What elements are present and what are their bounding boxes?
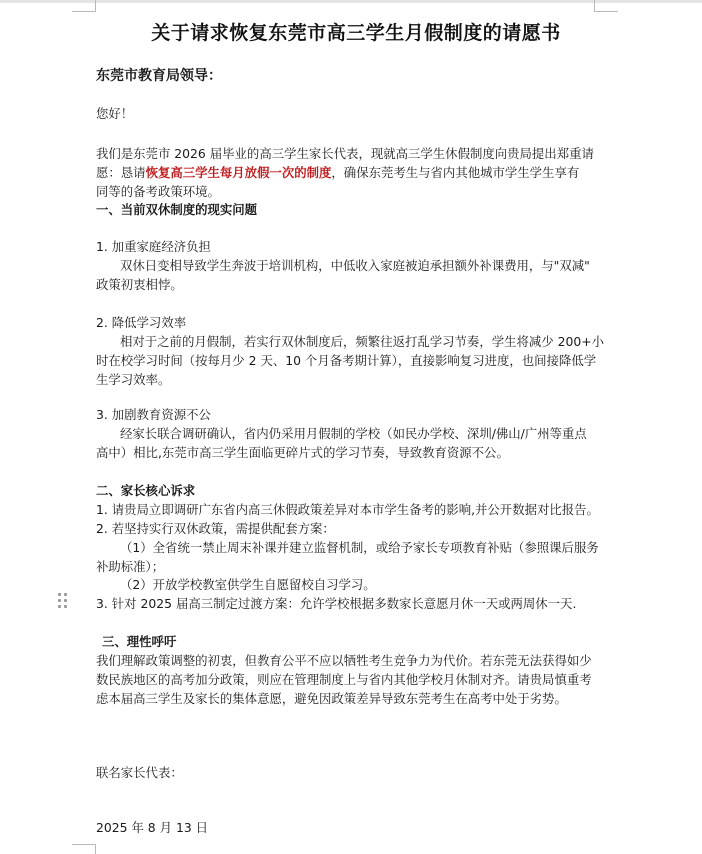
highlighted-request: 恢复高三学生每月放假一次的制度 bbox=[146, 165, 332, 180]
page-margin-corner-bottom-left bbox=[72, 844, 96, 854]
demand-2-sub-2: （2）开放学校教室供学生自愿留校自习学习。 bbox=[96, 575, 376, 595]
intro-line-2-prefix: 愿：恳请 bbox=[96, 165, 146, 180]
issue-2-line-3: 生学习效率。 bbox=[96, 370, 170, 390]
issue-3-line-2: 高中）相比,东莞市高三学生面临更碎片式的学习节奏，导致教育资源不公。 bbox=[96, 443, 509, 463]
section-2-heading: 二、家长核心诉求 bbox=[96, 481, 195, 501]
section-1-heading: 一、当前双休制度的现实问题 bbox=[96, 200, 257, 220]
intro-line-2-suffix: ，确保东莞考生与省内其他城市学生学生享有 bbox=[331, 165, 579, 180]
demand-2-sub-1-cont: 补助标准）； bbox=[96, 557, 164, 577]
issue-2-line-1: 相对于之前的月假制，若实行双休制度后，频繁往返打乱学习节奏，学生将减少 200+… bbox=[96, 332, 604, 352]
document-title: 关于请求恢复东莞市高三学生月假制度的请愿书 bbox=[96, 18, 616, 45]
section-3-heading: 三、理性呼吁 bbox=[96, 632, 176, 652]
greeting: 您好！ bbox=[96, 104, 133, 124]
demand-2: 2. 若坚持实行双休政策，需提供配套方案： bbox=[96, 519, 335, 539]
issue-3-title: 3. 加剧教育资源不公 bbox=[96, 405, 211, 425]
page-margin-corner-top-right bbox=[594, 0, 618, 12]
issue-1-line-2: 政策初衷相悖。 bbox=[96, 275, 183, 295]
signature-label: 联名家长代表： bbox=[96, 763, 183, 783]
appeal-line-1: 我们理解政策调整的初衷，但教育公平不应以牺牲考生竞争力为代价。若东莞无法获得如少 bbox=[96, 651, 592, 671]
issue-2-title: 2. 降低学习效率 bbox=[96, 313, 186, 333]
intro-line-3: 同等的备考政策环境。 bbox=[96, 182, 220, 202]
demand-1: 1. 请贵局立即调研广东省内高三休假政策差异对本市学生备考的影响,并公开数据对比… bbox=[96, 500, 599, 520]
issue-2-line-2: 时在校学习时间（按每月少 2 天、10 个月备考期计算），直接影响复习进度，也间… bbox=[96, 351, 596, 371]
demand-2-sub-1: （1）全省统一禁止周末补课并建立监督机制，或给予家长专项教育补贴（参照课后服务 bbox=[96, 538, 599, 558]
page-margin-corner-top-left bbox=[72, 0, 96, 12]
addressee: 东莞市教育局领导： bbox=[96, 66, 222, 86]
intro-line-1: 我们是东莞市 2026 届毕业的高三学生家长代表，现就高三学生休假制度向贵局提出… bbox=[96, 144, 594, 164]
appeal-line-2: 数民族地区的高考加分政策，则应在管理制度上与省内其他学校月休制对齐。请贵局慎重考 bbox=[96, 670, 592, 690]
intro-line-2: 愿：恳请恢复高三学生每月放假一次的制度，确保东莞考生与省内其他城市学生学生享有 bbox=[96, 163, 579, 183]
issue-3-line-1: 经家长联合调研确认，省内仍采用月假制的学校（如民办学校、深圳/佛山/广州等重点 bbox=[96, 424, 587, 444]
drag-handle-icon[interactable] bbox=[58, 593, 68, 609]
demand-3: 3. 针对 2025 届高三制定过渡方案：允许学校根据多数家长意愿月休一天或两周… bbox=[96, 594, 576, 614]
issue-1-title: 1. 加重家庭经济负担 bbox=[96, 237, 211, 257]
appeal-line-3: 虑本届高三学生及家长的集体意愿，避免因政策差异导致东莞考生在高考中处于劣势。 bbox=[96, 689, 567, 709]
document-date: 2025 年 8 月 13 日 bbox=[96, 818, 208, 838]
issue-1-line-1: 双休日变相导致学生奔波于培训机构，中低收入家庭被迫承担额外补课费用，与"双减" bbox=[96, 256, 590, 276]
